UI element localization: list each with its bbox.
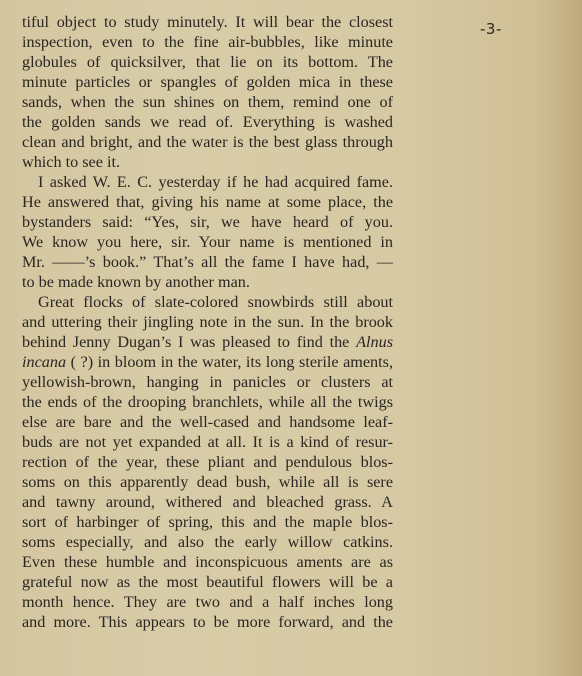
text-line: Great flocks of slate-colored snowbirds …	[22, 292, 393, 312]
text-run: behind Jenny Dugan’s I was pleased to fi…	[22, 333, 356, 351]
text-line: soms especially, and also the early will…	[22, 532, 393, 552]
text-line: the ends of the drooping branchlets, whi…	[22, 392, 393, 412]
text-line: the golden sands we read of. Everything …	[22, 112, 393, 132]
text-line: I asked W. E. C. yesterday if he had acq…	[22, 172, 393, 192]
text-line: and uttering their jingling note in the …	[22, 312, 393, 332]
text-line-with-italic: behind Jenny Dugan’s I was pleased to fi…	[22, 332, 393, 352]
text-line: minute particles or spangles of golden m…	[22, 72, 393, 92]
page-number: -3-	[480, 20, 502, 38]
text-line: else are bare and the well-cased and han…	[22, 412, 393, 432]
text-line: clean and bright, and the water is the b…	[22, 132, 393, 152]
text-line: sort of harbinger of spring, this and th…	[22, 512, 393, 532]
text-line: bystanders said: “Yes, sir, we have hear…	[22, 212, 393, 232]
text-run: ( ?) in bloom in the water, its long ste…	[71, 353, 393, 371]
text-line-with-italic: incana ( ?) in bloom in the water, its l…	[22, 352, 393, 372]
body-text: tiful object to study minutely. It will …	[22, 12, 393, 632]
document-page: -3- tiful object to study minutely. It w…	[0, 0, 582, 676]
text-line: grateful now as the most beautiful flowe…	[22, 572, 393, 592]
text-line: He answered that, giving his name at som…	[22, 192, 393, 212]
text-line: to be made known by another man.	[22, 272, 393, 292]
italic-species: incana	[22, 353, 66, 371]
text-line: Mr. ——’s book.” That’s all the fame I ha…	[22, 252, 393, 272]
text-line: and more. This appears to be more forwar…	[22, 612, 393, 632]
paragraph-1: tiful object to study minutely. It will …	[22, 12, 393, 172]
paragraph-2: I asked W. E. C. yesterday if he had acq…	[22, 172, 393, 292]
text-line: inspection, even to the fine air-bubbles…	[22, 32, 393, 52]
text-line: sands, when the sun shines on them, remi…	[22, 92, 393, 112]
text-line: month hence. They are two and a half inc…	[22, 592, 393, 612]
text-line: yellowish-brown, hanging in panicles or …	[22, 372, 393, 392]
text-line: soms on this apparently dead bush, while…	[22, 472, 393, 492]
text-line: rection of the year, these pliant and pe…	[22, 452, 393, 472]
paragraph-3: Great flocks of slate-colored snowbirds …	[22, 292, 393, 632]
text-line: tiful object to study minutely. It will …	[22, 12, 393, 32]
text-line: globules of quicksilver, that lie on its…	[22, 52, 393, 72]
italic-genus: Alnus	[356, 333, 393, 351]
text-line: which to see it.	[22, 152, 393, 172]
text-line: We know you here, sir. Your name is ment…	[22, 232, 393, 252]
text-line: Even these humble and inconspicuous amen…	[22, 552, 393, 572]
text-line: buds are not yet expanded at all. It is …	[22, 432, 393, 452]
text-line: and tawny around, withered and bleached …	[22, 492, 393, 512]
